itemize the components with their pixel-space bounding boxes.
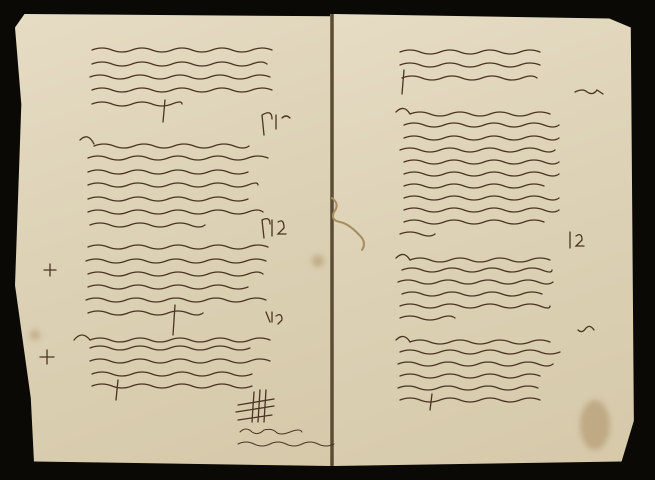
right-entry-4: [396, 336, 560, 410]
left-entry-3: [86, 245, 268, 335]
margin-sum: [262, 113, 290, 135]
right-entry-1: [400, 50, 540, 94]
left-entry-1: [90, 48, 272, 122]
margin-sum: [262, 219, 286, 238]
right-entry-3: [396, 254, 553, 320]
signature: [238, 429, 334, 446]
handwriting-layer: [0, 0, 655, 480]
tally-marks: [236, 390, 274, 422]
margin-cross: [40, 350, 54, 364]
margin-sum: [575, 90, 603, 94]
margin-cross: [44, 264, 56, 276]
left-entry-4: [74, 335, 270, 400]
margin-sum: [266, 312, 282, 324]
margin-sum: [570, 232, 584, 248]
margin-sum: [578, 326, 594, 331]
left-entry-2: [80, 137, 268, 227]
right-entry-2: [396, 108, 559, 236]
binding-cord: [332, 198, 364, 250]
